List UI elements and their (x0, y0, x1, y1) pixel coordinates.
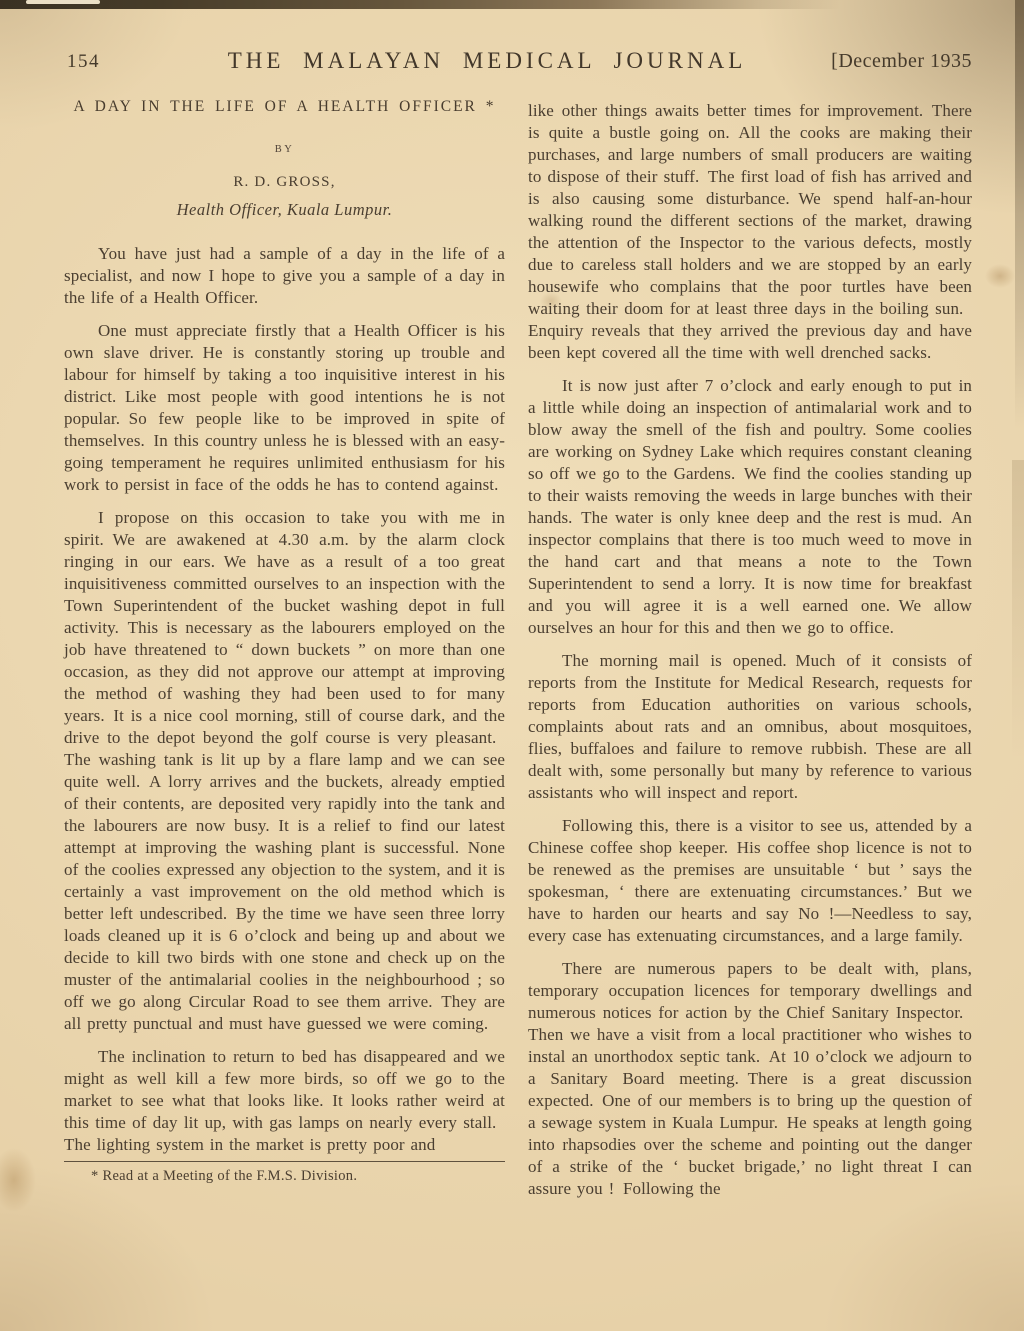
body-paragraph: You have just had a sample of a day in t… (64, 243, 505, 309)
body-paragraph: It is now just after 7 o’clock and early… (528, 375, 972, 639)
byline-label: BY (64, 144, 505, 155)
issue-date: [December 1935 (831, 50, 972, 73)
right-column: like other things awaits better times fo… (528, 98, 972, 1200)
footnote-text: * Read at a Meeting of the F.M.S. Divisi… (91, 1168, 357, 1184)
two-column-layout: A DAY IN THE LIFE OF A HEALTH OFFICER * … (0, 98, 1024, 1200)
body-paragraph: Following this, there is a visitor to se… (528, 815, 972, 947)
body-paragraph: One must appreciate firstly that a Healt… (64, 320, 505, 496)
scan-edge-highlight (26, 0, 100, 4)
journal-title: THE MALAYAN MEDICAL JOURNAL (0, 48, 974, 74)
article-title: A DAY IN THE LIFE OF A HEALTH OFFICER * (64, 98, 505, 116)
footnote: * Read at a Meeting of the F.M.S. Divisi… (64, 1161, 505, 1185)
journal-page: 154 THE MALAYAN MEDICAL JOURNAL [Decembe… (0, 48, 1024, 1200)
body-paragraph: There are numerous papers to be dealt wi… (528, 958, 972, 1200)
body-paragraph: like other things awaits better times fo… (528, 100, 972, 364)
body-paragraph: The morning mail is opened. Much of it c… (528, 650, 972, 804)
scan-edge-top (0, 0, 1024, 9)
body-paragraph: I propose on this occasion to take you w… (64, 507, 505, 1035)
page-header: 154 THE MALAYAN MEDICAL JOURNAL [Decembe… (0, 48, 1024, 76)
author-name: R. D. GROSS, (64, 174, 505, 191)
left-column: A DAY IN THE LIFE OF A HEALTH OFFICER * … (64, 98, 505, 1200)
body-paragraph: The inclination to return to bed has dis… (64, 1046, 505, 1156)
author-title: Health Officer, Kuala Lumpur. (64, 200, 505, 220)
